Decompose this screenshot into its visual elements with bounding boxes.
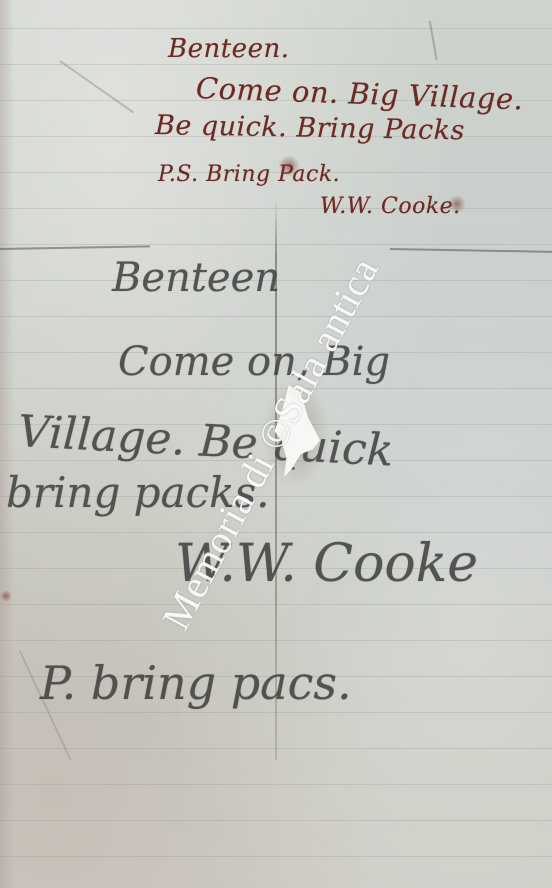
document-photo: Benteen. Come on. Big Village. Be quick.…: [0, 0, 552, 888]
ink-stain: [0, 590, 12, 602]
ink-line-addressee: Benteen.: [168, 36, 289, 62]
paper-crack: [60, 60, 135, 113]
pencil-line-village: Village. Be quick: [17, 410, 395, 474]
ink-line-come-on: Come on. Big Village.: [195, 74, 523, 114]
paper-crack: [429, 21, 437, 61]
pencil-postscript: P. bring pacs.: [40, 660, 352, 706]
paper-crack: [0, 245, 150, 249]
paper-crack: [390, 248, 552, 252]
paper-edge-stain: [0, 0, 14, 888]
ink-line-postscript: P.S. Bring Pack.: [158, 164, 340, 186]
ink-line-be-quick: Be quick. Bring Packs: [155, 112, 465, 144]
ink-signature: W.W. Cooke.: [320, 196, 461, 218]
pencil-line-come-on: Come on, Big: [118, 342, 390, 382]
pencil-line-addressee: Benteen: [112, 258, 280, 298]
